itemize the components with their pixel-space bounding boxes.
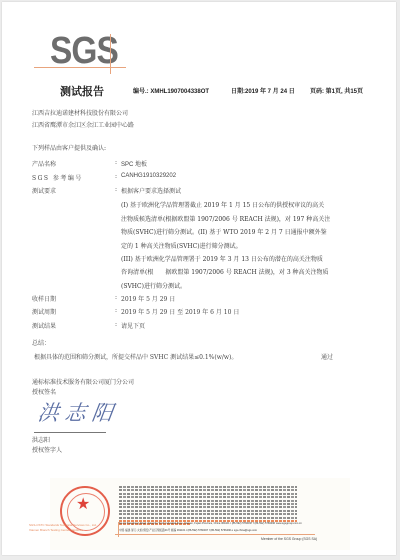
intro-text: 下列样品由客户提供及确认: — [32, 143, 106, 152]
stamp-caption-branch: Xiamen Branch Testing Center Hardlines — [29, 528, 83, 532]
summary-heading: 总结： — [32, 338, 50, 347]
field-label: 收样日期 — [32, 294, 56, 303]
footer-tick — [118, 522, 119, 537]
summary-result: 通过 — [321, 352, 333, 361]
field-value: CANHG1910329202 — [121, 173, 176, 179]
footer-address-en: No.31 Xianghong Road, Xiang'An Torch Ind… — [119, 522, 302, 525]
stamp-caption-company: SGS-CSTC Standards Technical Services Co… — [29, 523, 97, 527]
report-page: SGS 测试报告 编号.: XMHL1907004338OT 日期:2019 年… — [2, 2, 396, 555]
report-date: 日期:2019 年 7 月 24 日 — [231, 86, 295, 95]
requirement-line: (I) 基于欧洲化学品管理署截止 2019 年 1 月 15 日公布的供授权审议… — [121, 200, 324, 209]
field-separator: : — [115, 186, 117, 193]
requirement-line: 定的 1 种高关注物质(SVHC)进行筛分测试。 — [121, 241, 242, 250]
footer-rule — [115, 534, 315, 535]
signatory-role: 授权签字人 — [32, 445, 62, 454]
client-name: 江西吉拉迪诺建材科技股份有限公司 — [32, 108, 128, 117]
field-value: 根据客户要求选择测试 — [121, 186, 181, 195]
star-icon: ★ — [76, 496, 90, 512]
field-value: SPC 地板 — [121, 159, 147, 168]
field-separator: : — [115, 321, 117, 328]
signature-label: 授权签名 — [32, 387, 56, 396]
handwritten-signature: 洪志阳 — [36, 397, 121, 427]
requirement-line: (SVHC)进行筛分测试。 — [121, 281, 186, 290]
summary-text: 根据具体的范围和筛分测试，所提交样品中 SVHC 测试结果≤0.1%(w/w)。 — [34, 352, 237, 361]
requirement-line: (III) 基于欧洲化学品管理署于 2019 年 3 月 13 日公布的潜在的高… — [121, 254, 323, 263]
terms-fine-print — [119, 486, 297, 527]
sgs-member-text: Member of the SGS Group (SGS SA) — [261, 537, 317, 541]
client-address: 江西省鹰潭市余江区余江工业园中心路 — [32, 120, 134, 129]
report-number: 编号.: XMHL1907004338OT — [133, 86, 209, 95]
field-separator: : — [115, 294, 117, 301]
field-label: 测试周期 — [32, 307, 56, 316]
field-separator: : — [115, 159, 117, 166]
report-title: 测试报告 — [60, 83, 104, 99]
field-label: 测试结果 — [32, 321, 56, 330]
field-separator: : — [115, 173, 117, 180]
requirement-line: 注物质候选清单(根据欧盟第 1907/2006 号 REACH 法规)，对 19… — [121, 214, 330, 223]
field-label: 产品名称 — [32, 159, 56, 168]
requirement-line: 咨询清单(根 据欧盟第 1907/2006 号 REACH 法规)，对 3 种高… — [121, 267, 329, 276]
field-label: SGS 参考编号 — [32, 173, 83, 182]
signatory-name: 洪志阳 — [32, 435, 50, 444]
logo-crosshair-vertical — [110, 34, 111, 74]
field-value: 2019 年 5 月 29 日 至 2019 年 6 月 10 日 — [121, 307, 239, 316]
field-label: 测试要求 — [32, 186, 56, 195]
footer-address-cn: 中国·福建·厦门·火炬(翔安)产业区翔虹路31号 邮编 361101 t (86… — [119, 528, 257, 532]
field-value: 请见下页 — [121, 321, 145, 330]
signature-line — [34, 432, 106, 433]
field-separator: : — [115, 307, 117, 314]
requirement-line: 物质(SVHC)进行筛分测试。(II) 基于 WTO 2019 年 2 月 7 … — [121, 227, 327, 236]
issuing-company: 通标标准技术服务有限公司厦门分公司 — [32, 377, 134, 386]
sgs-logo: SGS — [50, 31, 118, 71]
field-value: 2019 年 5 月 29 日 — [121, 294, 175, 303]
logo-crosshair-horizontal — [34, 67, 126, 68]
page-indicator: 页码: 第1页, 共15页 — [310, 86, 363, 95]
